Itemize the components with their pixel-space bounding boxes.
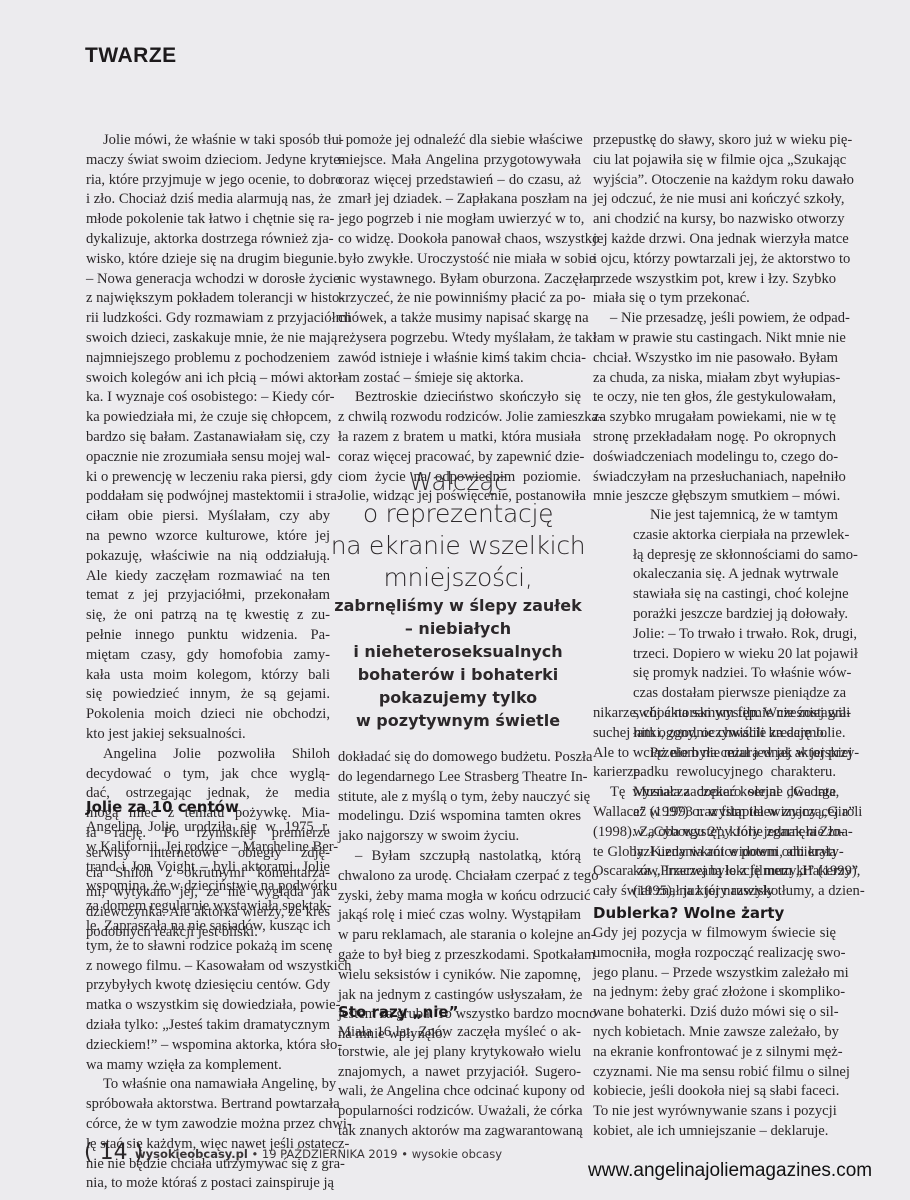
text-line: za domem regularnie wystawiała spektak- [86, 897, 330, 917]
text-line: wielu seksistów i cyników. Nie zapomnę, [338, 966, 581, 986]
text-line: chówek, a także musimy napisać skargę na [338, 309, 581, 329]
text-line: przede wszystkim pot, krew i łzy. Szybko [593, 270, 836, 290]
text-line: wali, że Angelina chce odcinać kupony od [338, 1082, 581, 1102]
text-line: modelingu. Dziś wspomina tamten okres [338, 807, 581, 827]
text-line: miejsce. Mała Angelina przygotowywała [338, 151, 581, 171]
text-line: córce, że w tym zawodzie można przez chw… [86, 1115, 330, 1135]
text-line: zyski, żeby mama mogła w końcu odrzucić [338, 887, 581, 907]
text-line: maczy świat swoim dzieciom. Jedyne kryte… [86, 151, 330, 171]
text-line: jakąś rolę i mieć czas wolny. Wystąpiłam [338, 906, 581, 926]
text-line: z największym pokładem tolerancji w hist… [86, 289, 330, 309]
text-line: To nie jest wyrównywanie szans i pozycji [593, 1102, 836, 1122]
text-line: jego pogrzeb i nie mogłam uwierzyć w to, [338, 210, 581, 230]
pullquote-bold-line: w pozytywnym świetle [308, 709, 608, 732]
text-line: nych kobietach. Mnie zawsze zależało, by [593, 1023, 836, 1043]
text-line: kobiecie, jeśli dookoła niej są słabi fa… [593, 1082, 836, 1102]
text-line: w paru reklamach, ale starania o kolejne… [338, 926, 581, 946]
text-line: ciłam obie piersi. Myślałam, czy aby [86, 507, 330, 527]
text-line: Ale kiedy zaczęłam rozmawiać na ten [86, 567, 330, 587]
pullquote-bold-line: bohaterów i bohaterki [308, 663, 608, 686]
text-line: Ale to wciąż nie była cezura w jej aktor… [593, 744, 836, 764]
text-line: okaleczania się. A jednak wytrwale [633, 565, 836, 585]
text-line: Gdy jej pozycja w filmowym świecie się [593, 924, 836, 944]
text-line: nic wystawnego. Byłam oburzona. Zaczęłam [338, 270, 581, 290]
text-line: jako najgorszy w swoim życiu. [338, 827, 581, 847]
text-line: decydować o tym, jak chce wyglą- [86, 765, 330, 785]
text-line: co widzę. Dookoła panował chaos, wszystk… [338, 230, 581, 250]
text-line: Nie jest tajemnicą, że w tamtym [650, 506, 836, 526]
text-line: działa tylko: „Jesteś takim dramatycznym [86, 1016, 330, 1036]
text-line: trand i Jon Voight – byli aktorami. Joli… [86, 858, 330, 878]
text-line: Jolie mówi, że właśnie w taki sposób tłu… [103, 131, 330, 151]
text-line: łą depresję ze skłonnościami do samo- [633, 546, 836, 566]
text-line: dykalizuje, aktorka dostrzega również zj… [86, 230, 330, 250]
text-line: kobiet, ale ich umniejszanie – deklaruje… [593, 1122, 836, 1142]
text-line: czyznami. Nie ma sensu robić filmu o sil… [593, 1063, 836, 1083]
pullquote-light-line: mniejszości, [308, 562, 608, 594]
text-line: rii ludzkości. Gdy rozmawiam z przyjació… [86, 309, 330, 329]
text-line: temat z jej przyjaciółmi, przekonałam [86, 586, 330, 606]
text-line: ka powiedziała mi, że czuje się chłopcem… [86, 408, 330, 428]
text-line: za chuda, za niska, miałam zbyt wyłupias… [593, 369, 836, 389]
text-line: miętam czasy, gdy homofobia zamy- [86, 646, 330, 666]
text-line: Angelina Jolie urodziła się w 1975 r. [86, 818, 330, 838]
text-line: się, że oni patrzą na tę kwestię z zu- [86, 606, 330, 626]
text-line: się promyk nadziei. To właśnie wów- [633, 664, 836, 684]
text-line: czasie aktorka cierpiała na przewlek- [633, 526, 836, 546]
text-line: matka o wszystkim się dowiedziała, powie… [86, 996, 330, 1016]
text-line: przybyłych kwotę dziesięciu centów. Gdy [86, 976, 330, 996]
text-line: łam zostać – śmieje się aktorka. [338, 369, 581, 389]
text-line: zmarł jej dziadek. – Zapłakana poszłam n… [338, 190, 581, 210]
text-line: (1998). Za oba występy Jolie zgarnęła Zł… [593, 823, 836, 843]
pullquote-light-line: na ekranie wszelkich [308, 530, 608, 562]
text-line: wspomina, że w dzieciństwie na podwórku [86, 877, 330, 897]
text-line: jej każde drzwi. Ona jednak wierzyła mat… [593, 230, 836, 250]
text-line: czas dostałam pierwsze pieniądze za [633, 684, 836, 704]
text-line: Tę wyznacza dopiero serial „George [610, 783, 836, 803]
section-label: TWARZE [85, 44, 177, 68]
text-line: le. Zapraszała na nie sąsiadów, kusząc i… [86, 917, 330, 937]
text-line: ła razem z bratem u matki, która musiała [338, 428, 581, 448]
text-line: te oczy, nie ten głos, źle gestykulowała… [593, 388, 836, 408]
pullquote-light-line: Walcząc [308, 466, 608, 498]
text-line: opacznie nie zrozumiała sensu mojej wal- [86, 448, 330, 468]
text-line: kała usta moim kolegom, którzy bali [86, 666, 330, 686]
text-line: dokładać się do domowego budżetu. Poszła [338, 748, 581, 768]
text-line: chciał. Wszystko im nie pasowało. Byłam [593, 349, 836, 369]
text-line: świadczyłam na przesłuchaniach, napełnił… [593, 468, 836, 488]
text-line: pełnie innego punktu widzenia. Pa- [86, 626, 330, 646]
text-line: jego planu. – Przede wszystkim zależało … [593, 964, 836, 984]
text-line: na ekranie konfrontować je z silnymi męż… [593, 1043, 836, 1063]
text-line: Miała 16 lat. Znów zaczęła myśleć o ak- [338, 1023, 581, 1043]
text-line: reżysera pogrzebu. Wtedy myślałam, że ta… [338, 329, 581, 349]
subheading: Jolie za 10 centów [86, 798, 239, 816]
text-line: na jednym: żeby grać złożone i skompliko… [593, 983, 836, 1003]
pullquote-bold-line: zabrnęliśmy w ślepy zaułek [308, 594, 608, 617]
text-line: umocniła, mogła rozpocząć realizację swo… [593, 944, 836, 964]
text-line: ki o prewencję w leczeniu raka piersi, g… [86, 468, 330, 488]
text-line: nikarze, choć na samym filmie nie zostaw… [593, 704, 836, 724]
text-line: Oscara za „Przerwaną lekcję muzyki” (199… [593, 862, 836, 882]
pullquote-bold-line: – niebiałych [308, 617, 608, 640]
text-line: młode pokolenie tak łatwo i chętnie się … [86, 210, 330, 230]
pullquote-light-line: o reprezentację [308, 498, 608, 530]
text-line: do legendarnego Lee Strasberg Theatre In… [338, 768, 581, 788]
text-line: cały świat znał już jej nazwisko. [593, 882, 836, 902]
text-line: Beztroskie dzieciństwo skończyło się [355, 388, 581, 408]
text-line: tak znanych aktorów ma zagwarantowaną [338, 1122, 581, 1142]
text-line: z chwilą rozwodu rodziców. Jolie zamiesz… [338, 408, 581, 428]
text-line: suchej nitki, zgodnie chwalili kreację J… [593, 724, 836, 744]
text-line: i zło. Chociaż dziś media alarmują nas, … [86, 190, 330, 210]
text-line: chwalono za urodę. Chciałam czerpać z te… [338, 867, 581, 887]
text-line: zawód istnieje i właśnie kimś takim chci… [338, 349, 581, 369]
text-line: bardzo się bałam. Zastanawiałam się, czy [86, 428, 330, 448]
text-line: gaże to był bieg z przeszkodami. Spotkał… [338, 946, 581, 966]
text-line: Pokolenia moich dzieci nie obchodzi, [86, 705, 330, 725]
text-line: wisko, które dzieje się na drugim biegun… [86, 250, 330, 270]
pullquote-bold-line: pokazujemy tylko [308, 686, 608, 709]
text-line: To właśnie ona namawiała Angelinę, by [103, 1075, 330, 1095]
text-line: na pewno wzorce kulturowe, które jej [86, 527, 330, 547]
text-line: przepustkę do sławy, skoro już w wieku p… [593, 131, 836, 151]
text-line: spróbowała aktorstwa. Bertrand powtarzał… [86, 1095, 330, 1115]
text-line: pokazuję, właściwie na nią oddziałują. [86, 547, 330, 567]
watermark-url: www.angelinajoliemagazines.com [588, 1160, 872, 1182]
text-line: wa mamy wzięła za komplement. [86, 1056, 330, 1076]
text-line: – Byłam szczupłą nastolatką, którą [355, 847, 581, 867]
text-line: łam w prawie stu castingach. Nikt mnie n… [593, 329, 836, 349]
text-line: Angelina Jolie pozwoliła Shiloh [103, 745, 330, 765]
text-line: stronę przekładałam nogę. Po okropnych [593, 428, 836, 448]
text-line: torstwie, ale jej plany krytykowało wiel… [338, 1043, 581, 1063]
text-line: z nowego filmu. – Kasowałam od wszystkic… [86, 957, 330, 977]
text-line: – Nie przesadzę, jeśli powiem, że odpad- [610, 309, 836, 329]
text-line: ria, które przyjmuje w jego ocenie, to d… [86, 171, 330, 191]
text-line: ka. I wyznaje coś osobistego: – Kiedy có… [86, 388, 330, 408]
text-line: i ojcu, którzy powtarzali jej, że aktors… [593, 250, 836, 270]
text-line: porażki jeszcze bardziej ją dołowały. [633, 605, 836, 625]
text-line: swoich kolegów ani ich płcią – mówi akto… [86, 369, 330, 389]
text-line: jej odczuć, że nie musi ani kończyć szko… [593, 190, 836, 210]
footer-publication: wysokieobcasy.pl • 19 PAŹDZIERNIKA 2019 … [135, 1147, 502, 1161]
text-line: coraz więcej przedstawień – do czasu, aż [338, 171, 581, 191]
text-line: nia, to może któraś z postaci zainspiruj… [86, 1174, 330, 1194]
text-line: Jolie: – To trwało i trwało. Rok, drugi, [633, 625, 836, 645]
text-line: kto jest jakiej seksualności. [86, 725, 330, 745]
text-line: stitute, ale z myślą o tym, żeby nauczyć… [338, 788, 581, 808]
subheading: Dublerka? Wolne żarty [593, 904, 784, 922]
text-line: doświadczeniach modelingu to, czego do- [593, 448, 836, 468]
footer-issue: • 19 PAŹDZIERNIKA 2019 • wysokie obcasy [248, 1147, 502, 1161]
text-line: ciu lat pojawiła się w filmie ojca „Szuk… [593, 151, 836, 171]
pullquote-bold-line: i nieheteroseksualnych [308, 640, 608, 663]
footer-site: wysokieobcasy.pl [135, 1147, 248, 1161]
text-line: wane bohaterki. Dziś dużo mówi się o sil… [593, 1003, 836, 1023]
text-line: miała się o tym przekonać. [593, 289, 836, 309]
text-line: było zwykłe. Uroczystość nie miała w sob… [338, 250, 581, 270]
text-line: stawiała się na castingi, choć kolejne [633, 585, 836, 605]
text-line: wyjścia”. Otoczenie na każdym roku dawał… [593, 171, 836, 191]
subheading: Sto razy „nie” [338, 1003, 458, 1021]
text-line: znajomych, a nawet przyjaciół. Sugero- [338, 1063, 581, 1083]
text-line: popularności rodziców. Uważali, że córka [338, 1102, 581, 1122]
text-line: te Globy. Kiedy wkrótce potem odbierała [593, 843, 836, 863]
text-line: coraz więcej pracować, by zapewnić dzie- [338, 448, 581, 468]
text-line: krzyczeć, że nie powinniśmy płacić za po… [338, 289, 581, 309]
text-line: poddałam się podwójnej mastektomii i str… [86, 487, 330, 507]
text-line: Wallace” (1997) oraz film telewizyjny „G… [593, 803, 836, 823]
text-line: swoich dzieci, zaskakuje mnie, że nie ma… [86, 329, 330, 349]
text-line: – Nowa generacja wchodzi w dorosłe życie [86, 270, 330, 290]
text-line: się powiedzieć innym, że są gejami. [86, 685, 330, 705]
text-line: tym, że to sławni rodzice pokażą im scen… [86, 937, 330, 957]
text-line: w Kalifornii. Jej rodzice – Marcheline B… [86, 838, 330, 858]
text-line: najmniejszego problemu z pochodzeniem [86, 349, 330, 369]
text-line: za szybko mrugałam powiekami, nie w tę [593, 408, 836, 428]
text-line: mnie jeszcze głębszym smutkiem – mówi. [593, 487, 836, 507]
text-line: dzieckiem!” – wspomina aktorka, która sł… [86, 1036, 330, 1056]
text-line: trzeci. Dopiero w wieku 20 lat pojawił [633, 645, 836, 665]
text-line: karierze. [593, 763, 836, 783]
text-line: ani chodzić na kursy, bo nazwisko otworz… [593, 210, 836, 230]
text-line: i pomoże jej odnaleźć dla siebie właściw… [338, 131, 581, 151]
